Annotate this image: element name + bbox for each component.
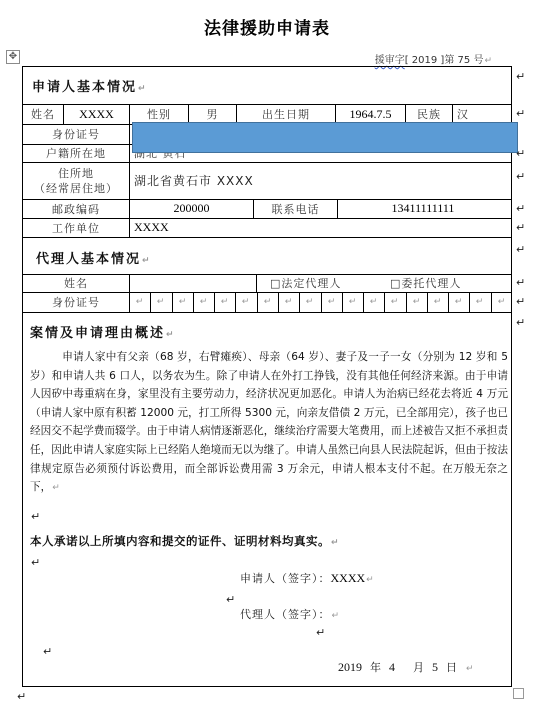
case-section-heading-text: 案情及申请理由概述 <box>30 326 165 341</box>
cell-mark-icon: ↵ <box>413 297 422 307</box>
case-number-prefix: 援审字 <box>375 55 405 66</box>
case-number-year: 2019 <box>412 55 437 66</box>
date-month-unit: 月 <box>413 661 424 674</box>
date-year-unit: 年 <box>370 661 381 674</box>
phone-field[interactable]: 13411111111 <box>338 199 508 218</box>
cell-mark-icon: ↵ <box>221 297 230 307</box>
gender-field[interactable]: 男 <box>189 104 236 124</box>
case-number-suffix: 号 <box>473 55 483 66</box>
agent-id-digit-cell[interactable]: ↵ <box>215 292 235 312</box>
application-date: 2019年4月5日↵ <box>338 659 474 675</box>
residence-field[interactable]: 湖北省黄石市 XXXX <box>130 162 512 199</box>
cell-mark-icon: ↵ <box>370 297 379 307</box>
agent-section-heading-text: 代理人基本情况 <box>36 252 141 267</box>
applicant-signature: 申请人（签字）：XXXX↵ <box>240 570 375 586</box>
paragraph-mark-icon: ↵ <box>516 202 526 215</box>
agent-id-digit-cell[interactable]: ↵ <box>492 292 512 312</box>
bracket-open: [ <box>405 55 412 66</box>
cell-mark-icon: ↵ <box>328 297 337 307</box>
paragraph-mark-icon: ↵ <box>516 276 526 289</box>
paragraph-mark-icon: ↵ <box>332 611 341 621</box>
cell-mark-icon: ↵ <box>200 297 209 307</box>
postcode-field[interactable]: 200000 <box>130 199 253 218</box>
paragraph-mark-icon: ↵ <box>516 221 526 234</box>
agent-id-digit-cell[interactable]: ↵ <box>194 292 214 312</box>
paragraph-mark-icon: ↵ <box>516 316 526 329</box>
cell-mark-icon: ↵ <box>264 297 273 307</box>
row-divider <box>22 237 512 238</box>
employer-label: 工作单位 <box>23 218 129 237</box>
cell-mark-icon: ↵ <box>434 297 443 307</box>
date-month[interactable]: 4 <box>389 660 395 674</box>
birth-date-field[interactable]: 1964.7.5 <box>336 104 405 124</box>
birth-date-label: 出生日期 <box>237 104 335 124</box>
residence-label-line1: 住所地 <box>58 166 94 181</box>
paragraph-mark-icon: ↵ <box>31 556 41 569</box>
agent-id-digit-cell[interactable]: ↵ <box>428 292 448 312</box>
ethnicity-label: 民族 <box>406 104 452 124</box>
legal-agent-checkbox[interactable]: □法定代理人 <box>266 274 380 292</box>
paragraph-mark-icon: ↵ <box>142 256 152 266</box>
paragraph-mark-icon: ↵ <box>516 107 526 120</box>
cell-mark-icon: ↵ <box>179 297 188 307</box>
applicant-signature-field[interactable]: XXXX <box>331 571 366 585</box>
paragraph-mark-icon: ↵ <box>316 626 326 639</box>
agent-id-digit-cell[interactable]: ↵ <box>407 292 427 312</box>
paragraph-mark-icon: ↵ <box>52 483 60 493</box>
agent-id-digit-cell[interactable]: ↵ <box>279 292 299 312</box>
paragraph-mark-icon: ↵ <box>484 56 492 66</box>
cell-mark-icon: ↵ <box>136 297 145 307</box>
phone-label: 联系电话 <box>254 199 337 218</box>
employer-field[interactable]: XXXX <box>130 218 512 237</box>
cell-mark-icon: ↵ <box>349 297 358 307</box>
paragraph-mark-icon: ↵ <box>226 593 236 606</box>
residence-label: 住所地 （经常居住地） <box>23 162 129 199</box>
cell-mark-icon: ↵ <box>242 297 251 307</box>
document-title: 法律援助申请表 <box>0 14 534 39</box>
cell-mark-icon: ↵ <box>476 297 485 307</box>
agent-id-digit-cell[interactable]: ↵ <box>173 292 193 312</box>
residence-label-line2: （经常居住地） <box>34 181 118 196</box>
case-number-label: 第 <box>444 55 454 66</box>
agent-name-field[interactable] <box>130 274 260 292</box>
case-summary-body: 申请人家中有父亲（68 岁，右臂瘫痪）、母亲（64 岁）、妻子及一子一女（分别为… <box>30 351 508 493</box>
name-label: 姓名 <box>23 104 63 124</box>
pledge-statement: 本人承诺以上所填内容和提交的证件、证明材料均真实。↵ <box>30 533 339 549</box>
paragraph-mark-icon: ↵ <box>366 575 375 585</box>
cell-mark-icon: ↵ <box>455 297 464 307</box>
agent-id-digit-cell[interactable]: ↵ <box>385 292 405 312</box>
paragraph-mark-icon: ↵ <box>516 170 526 183</box>
case-summary-text[interactable]: 申请人家中有父亲（68 岁，右臂瘫痪）、母亲（64 岁）、妻子及一子一女（分别为… <box>30 348 508 498</box>
agent-name-label: 姓名 <box>23 274 129 292</box>
date-day-unit: 日 <box>446 661 457 674</box>
paragraph-mark-icon: ↵ <box>331 538 339 548</box>
agent-id-digit-cell[interactable]: ↵ <box>130 292 150 312</box>
agent-id-digit-cell[interactable]: ↵ <box>322 292 342 312</box>
case-number: 援审字[ 2019 ]第 75 号↵ <box>375 51 492 66</box>
paragraph-mark-icon: ↵ <box>31 510 41 523</box>
date-year[interactable]: 2019 <box>338 660 362 674</box>
hukou-label: 户籍所在地 <box>23 144 129 162</box>
cell-mark-icon: ↵ <box>285 297 294 307</box>
table-move-handle-icon[interactable]: ✥ <box>6 50 20 64</box>
paragraph-mark-icon: ↵ <box>516 70 526 83</box>
paragraph-mark-icon: ↵ <box>17 690 27 703</box>
agent-id-digit-cell[interactable]: ↵ <box>470 292 490 312</box>
cell-mark-icon: ↵ <box>391 297 400 307</box>
case-number-value: 75 <box>458 55 471 66</box>
agent-signature: 代理人（签字）：↵ <box>240 606 340 622</box>
cell-mark-icon: ↵ <box>157 297 166 307</box>
agent-id-digit-cell[interactable]: ↵ <box>364 292 384 312</box>
paragraph-mark-icon: ↵ <box>516 147 526 160</box>
cell-mark-icon: ↵ <box>306 297 315 307</box>
agent-signature-label: 代理人（签字）： <box>240 608 331 621</box>
paragraph-mark-icon: ↵ <box>166 330 176 340</box>
agent-section-heading: 代理人基本情况↵ <box>36 248 152 267</box>
postcode-label: 邮政编码 <box>23 199 129 218</box>
gender-label: 性别 <box>130 104 188 124</box>
agent-id-digit-cell[interactable]: ↵ <box>236 292 256 312</box>
paragraph-mark-icon: ↵ <box>516 243 526 256</box>
name-field[interactable]: XXXX <box>64 104 129 124</box>
paragraph-mark-icon: ↵ <box>138 84 148 94</box>
row-divider <box>22 312 512 313</box>
entrusted-agent-checkbox[interactable]: □委托代理人 <box>386 274 500 292</box>
applicant-signature-label: 申请人（签字）： <box>240 572 331 585</box>
paragraph-mark-icon: ↵ <box>466 663 474 673</box>
redaction-box <box>132 122 518 153</box>
agent-id-digit-cell[interactable]: ↵ <box>449 292 469 312</box>
agent-id-digit-cell[interactable]: ↵ <box>300 292 320 312</box>
date-day[interactable]: 5 <box>432 660 438 674</box>
agent-id-digit-cell[interactable]: ↵ <box>258 292 278 312</box>
table-resize-handle-icon[interactable] <box>513 688 524 699</box>
pledge-text: 本人承诺以上所填内容和提交的证件、证明材料均真实。 <box>30 534 330 548</box>
paragraph-mark-icon: ↵ <box>43 645 53 658</box>
paragraph-mark-icon: ↵ <box>516 295 526 308</box>
applicant-section-heading-text: 申请人基本情况 <box>32 80 137 95</box>
agent-id-digit-cell[interactable]: ↵ <box>151 292 171 312</box>
ethnicity-field[interactable]: 汉 <box>453 104 512 124</box>
id-number-label: 身份证号 <box>23 124 129 144</box>
applicant-section-heading: 申请人基本情况↵ <box>32 76 148 95</box>
agent-id-label: 身份证号 <box>23 292 129 312</box>
cell-mark-icon: ↵ <box>498 297 507 307</box>
agent-id-digit-cell[interactable]: ↵ <box>343 292 363 312</box>
case-section-heading: 案情及申请理由概述↵ <box>30 322 176 341</box>
